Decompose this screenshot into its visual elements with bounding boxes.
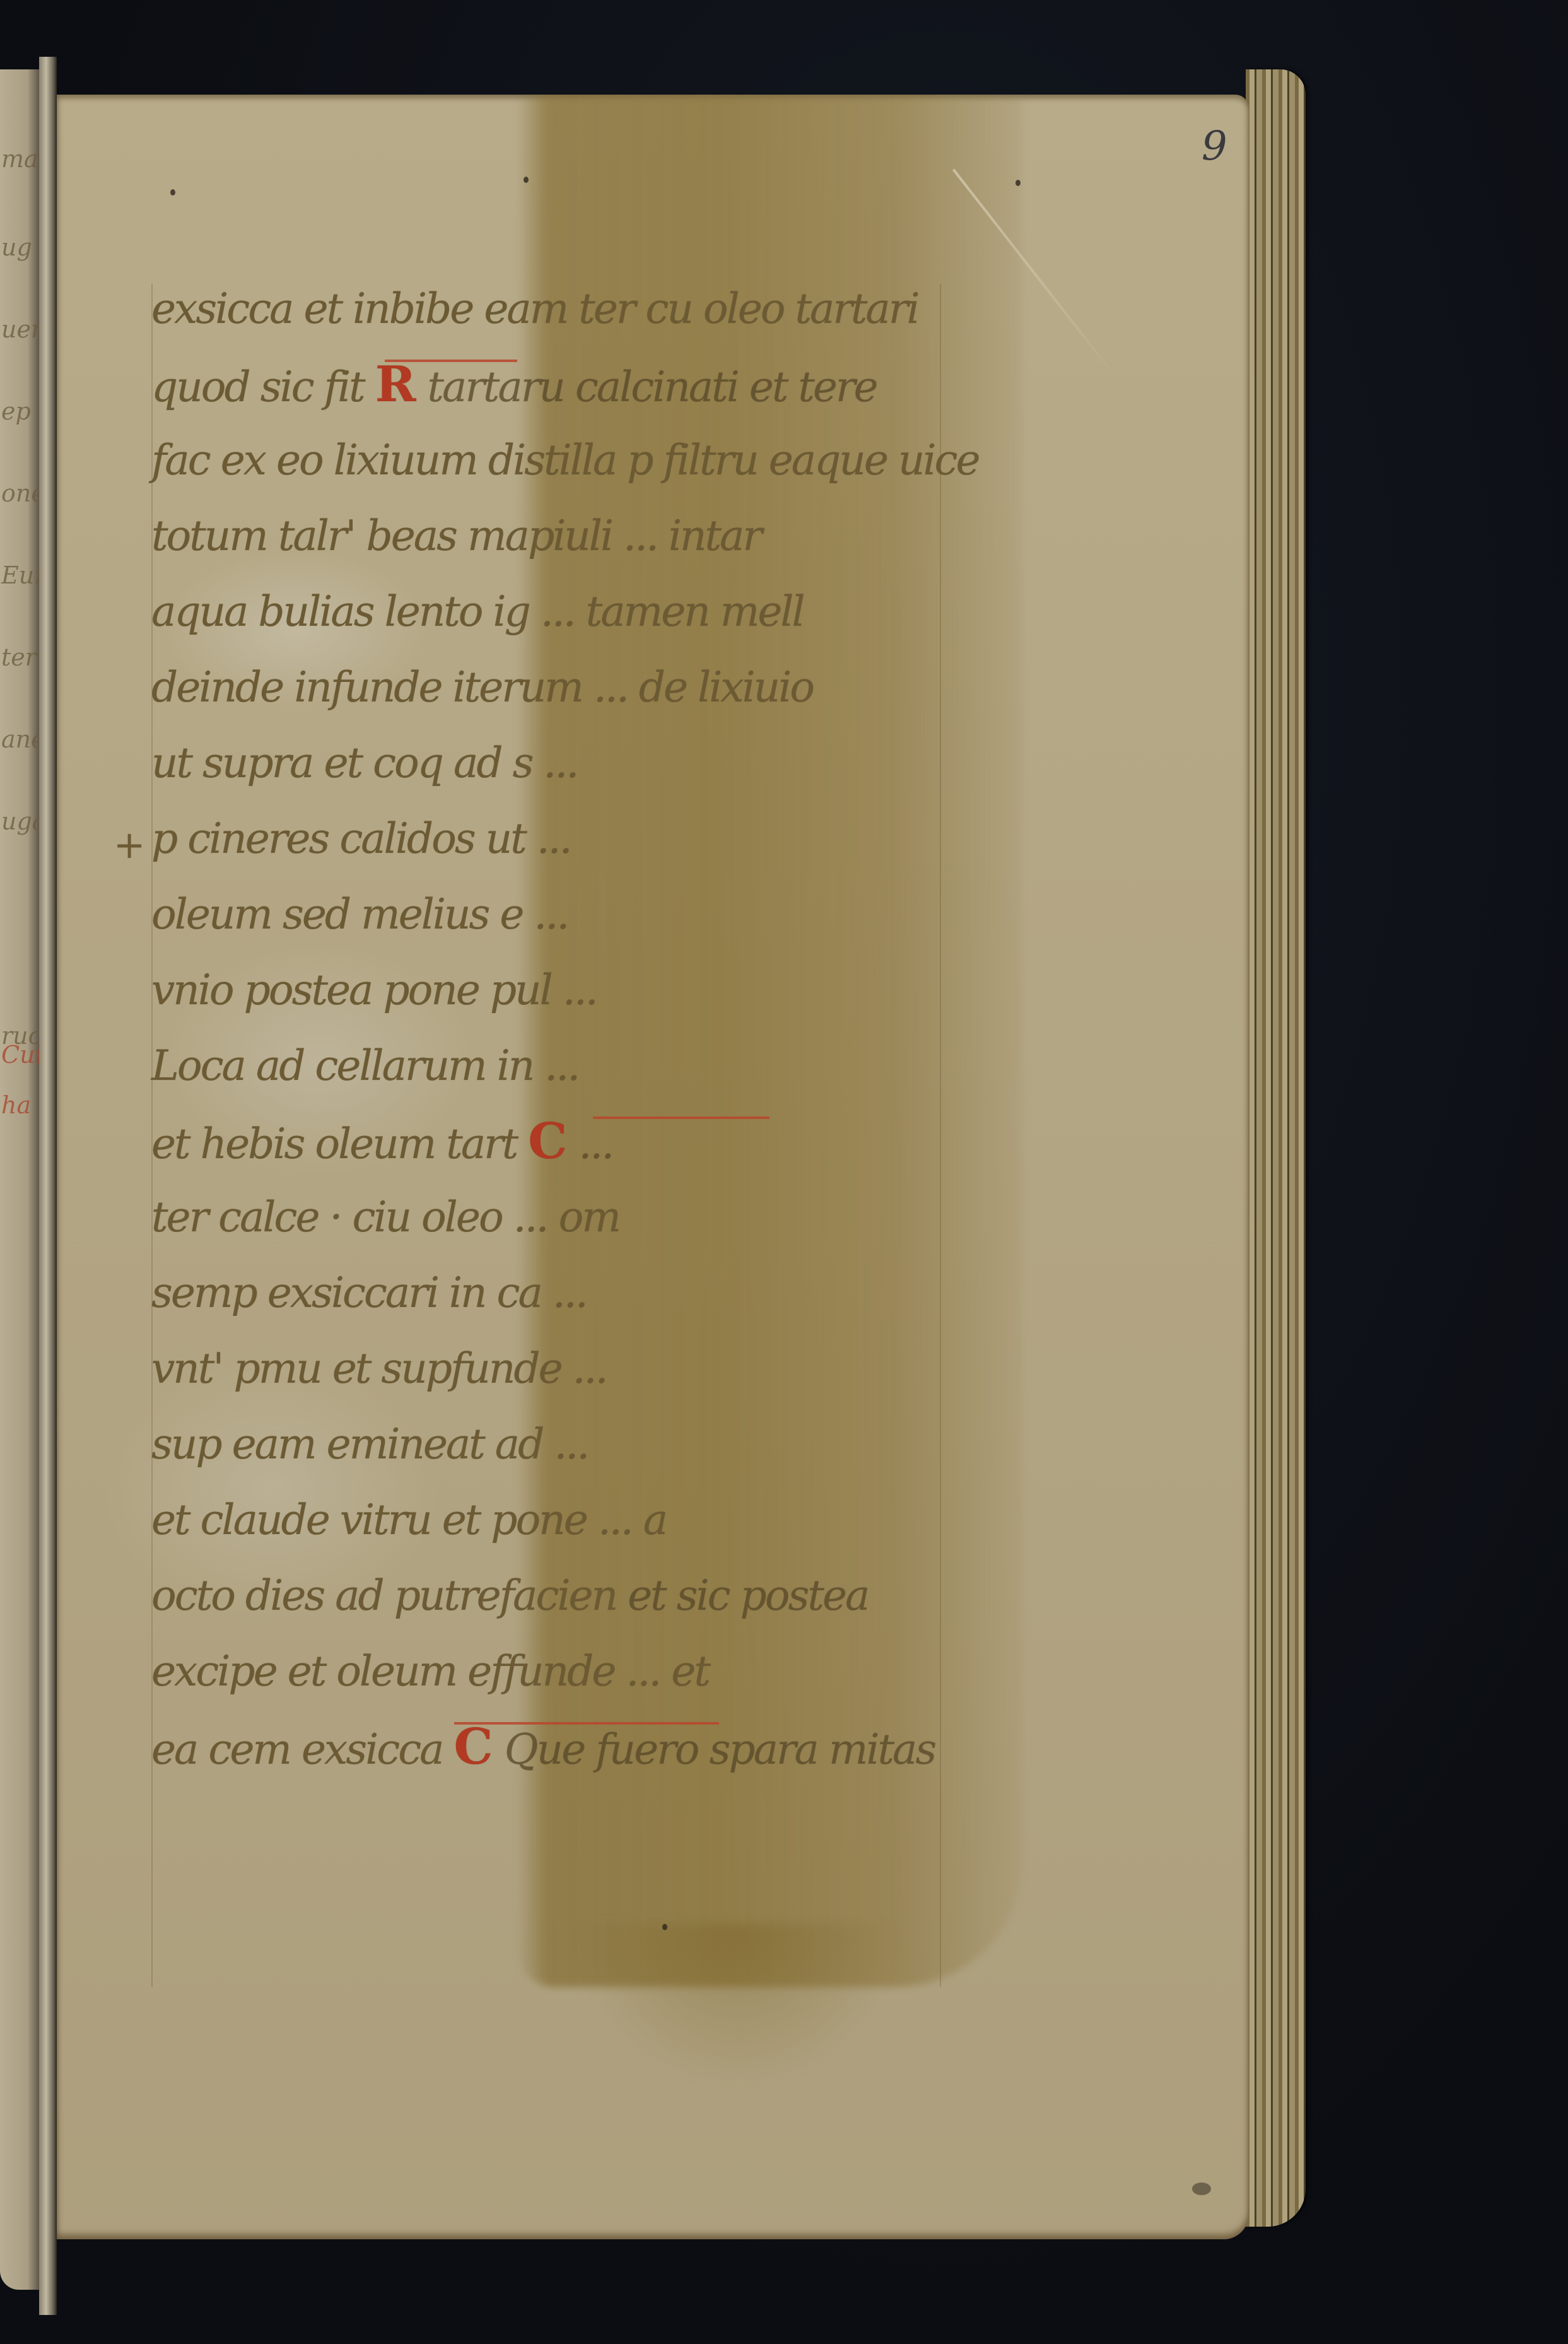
facing-line: mat bbox=[1, 145, 39, 173]
rubric-bar bbox=[385, 360, 517, 362]
text-line: exsicca et inbibe eam ter cu oleo tartar… bbox=[151, 271, 1022, 347]
facing-line: uerut bbox=[1, 315, 39, 343]
text-line: fac ex eo lixiuum distilla p filtru eaqu… bbox=[151, 423, 1022, 498]
text-line: sup eam emineat ad ... bbox=[151, 1407, 1022, 1482]
facing-line: ter aut bbox=[1, 643, 39, 671]
text-line: semp exsiccari in ca ... bbox=[151, 1255, 1022, 1331]
text-line: aqua bulias lento ig ... tamen mell bbox=[151, 574, 1022, 650]
facing-line: aneus bbox=[1, 725, 39, 753]
text-line: et claude vitru et pone ... a bbox=[151, 1482, 1022, 1558]
page-block-edges bbox=[1246, 69, 1306, 2227]
rubric-initial: C bbox=[528, 1113, 567, 1170]
text-line: octo dies ad putrefacien et sic postea bbox=[151, 1558, 1022, 1634]
facing-line: one fu bbox=[1, 479, 39, 507]
ink-spot bbox=[662, 1924, 667, 1930]
text-line: quod sic fit R tartaru calcinati et tere bbox=[151, 347, 1022, 423]
text-block: exsicca et inbibe eam ter cu oleo tartar… bbox=[151, 271, 1022, 1785]
facing-line: ugas bbox=[1, 807, 39, 835]
text-line: Loca ad cellarum in ... bbox=[151, 1028, 1022, 1104]
rubric-initial: R bbox=[375, 356, 416, 413]
ink-spot bbox=[1015, 180, 1021, 186]
rubric-bar bbox=[454, 1722, 719, 1725]
text-line: et hebis oleum tart C ... bbox=[151, 1104, 1022, 1180]
folio-number: 9 bbox=[1202, 123, 1227, 170]
text-line: ut supra et coq ad s ... bbox=[151, 725, 1022, 801]
ink-spot bbox=[1192, 2183, 1211, 2195]
binding-gutter bbox=[39, 57, 57, 2315]
facing-line: ep bbox=[1, 397, 31, 425]
rubric-bar bbox=[593, 1116, 769, 1119]
ink-spot bbox=[524, 177, 529, 183]
facing-rubric: Cutt bbox=[1, 1041, 39, 1069]
marginal-cross-mark: + bbox=[114, 807, 143, 883]
text-line: vnt' pmu et supfunde ... bbox=[151, 1331, 1022, 1407]
text-line: ea cem exsicca C Que fuero spara mitas bbox=[151, 1709, 1022, 1785]
water-stain-tail bbox=[574, 1924, 902, 2088]
text-line: totum talr' beas mapiuli ... intar bbox=[151, 498, 1022, 574]
text-line: excipe et oleum effunde ... et bbox=[151, 1634, 1022, 1709]
facing-rubric: ha bbox=[1, 1091, 31, 1119]
facing-page-edge: mat ug fect uerut ep one fu Eurba ter au… bbox=[0, 69, 39, 2290]
rubric-initial: C bbox=[454, 1718, 493, 1776]
text-line: + p cineres calidos ut ... bbox=[151, 801, 1022, 877]
text-line: deinde infunde iterum ... de lixiuio bbox=[151, 650, 1022, 725]
facing-line: ug fect bbox=[1, 233, 39, 261]
text-line: oleum sed melius e ... bbox=[151, 877, 1022, 952]
text-line: ter calce · ciu oleo ... om bbox=[151, 1180, 1022, 1255]
facing-line: Eurba bbox=[1, 561, 39, 589]
text-line: vnio postea pone pul ... bbox=[151, 952, 1022, 1028]
ink-spot bbox=[170, 189, 175, 196]
